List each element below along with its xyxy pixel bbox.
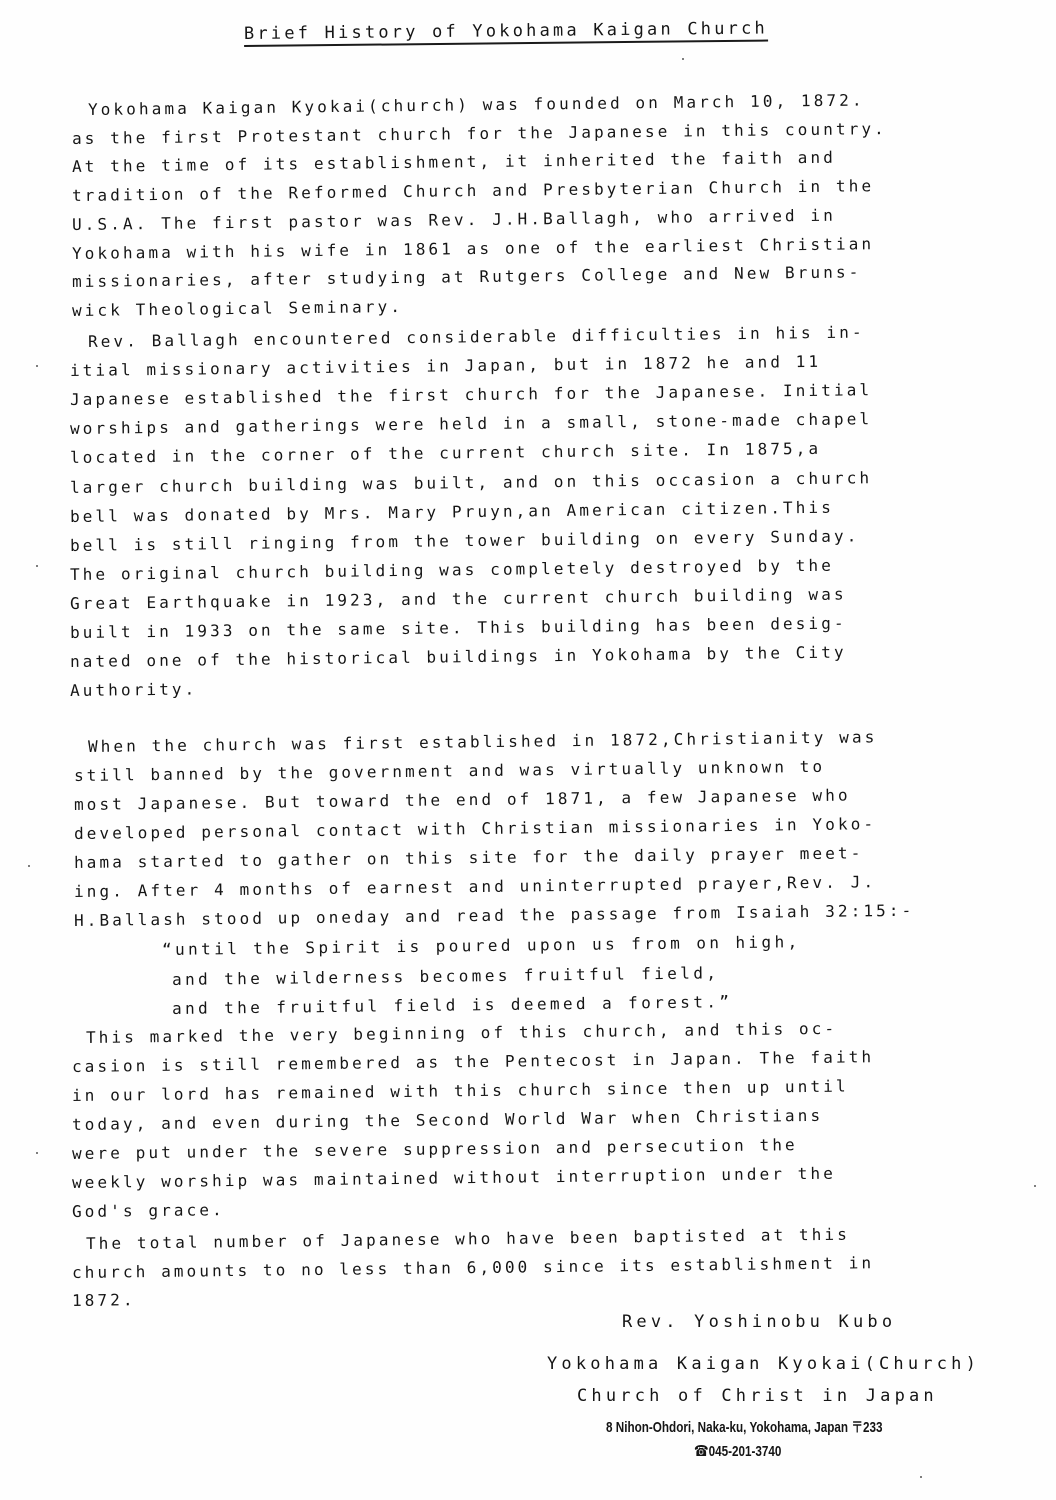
text-line: hama started to gather on this site for …: [74, 843, 864, 872]
signature-church: Yokohama Kaigan Kyokai(Church): [547, 1354, 980, 1374]
text-line: weekly worship was maintained without in…: [72, 1164, 836, 1192]
text-line: 1872.: [72, 1290, 136, 1310]
scan-speck: [920, 1476, 922, 1478]
text-line: tradition of the Reformed Church and Pre…: [72, 176, 874, 205]
text-line: Rev. Ballagh encountered considerable di…: [88, 323, 865, 351]
document-page: Brief History of Yokohama Kaigan Church …: [0, 0, 1056, 1500]
text-line: larger church building was built, and on…: [70, 468, 872, 497]
signature-address: 8 Nihon-Ohdori, Naka-ku, Yokohama, Japan…: [606, 1416, 883, 1437]
signature-author: Rev. Yoshinobu Kubo: [622, 1312, 896, 1332]
text-line: casion is still remembered as the Pentec…: [72, 1047, 874, 1076]
text-line: wick Theological Seminary.: [72, 297, 403, 320]
scan-speck: [28, 865, 30, 867]
signature-denomination: Church of Christ in Japan: [577, 1386, 938, 1406]
text-line: worships and gatherings were held in a s…: [70, 409, 872, 438]
text-line: ing. After 4 months of earnest and unint…: [74, 872, 876, 901]
text-line: Japanese established the first church fo…: [70, 380, 872, 409]
text-line: located in the corner of the current chu…: [70, 439, 821, 467]
scan-speck: [36, 365, 38, 367]
document-title: Brief History of Yokohama Kaigan Church: [244, 19, 768, 47]
text-line: missionaries, after studying at Rutgers …: [72, 263, 862, 292]
text-line: built in 1933 on the same site. This bui…: [70, 614, 847, 642]
text-line: The total number of Japanese who have be…: [86, 1225, 850, 1253]
text-line: bell is still ringing from the tower bui…: [70, 526, 860, 555]
text-line: today, and even during the Second World …: [72, 1106, 823, 1134]
text-line: Yokohama Kaigan Kyokai(church) was found…: [88, 91, 865, 119]
text-line: bell was donated by Mrs. Mary Pruyn,an A…: [70, 497, 834, 525]
text-line: developed personal contact with Christia…: [74, 814, 876, 843]
text-line: still banned by the government and was v…: [74, 757, 825, 785]
signature-phone: ☎045-201-3740: [694, 1442, 781, 1460]
text-line: U.S.A. The first pastor was Rev. J.H.Bal…: [72, 205, 836, 233]
text-line: itial missionary activities in Japan, bu…: [70, 352, 821, 380]
text-line: H.Ballash stood up oneday and read the p…: [74, 901, 915, 930]
scan-speck: [682, 58, 684, 60]
text-line: were put under the severe suppression an…: [72, 1135, 798, 1163]
text-line: as the first Protestant church for the J…: [72, 119, 887, 148]
text-line: and the wilderness becomes fruitful fiel…: [172, 963, 720, 989]
text-line: Authority.: [70, 680, 198, 701]
text-line: nated one of the historical buildings in…: [70, 643, 847, 671]
text-line: in our lord has remained with this churc…: [72, 1077, 849, 1105]
scan-speck: [36, 565, 38, 567]
text-line: The original church building was complet…: [70, 555, 834, 583]
text-line: Yokohama with his wife in 1861 as one of…: [72, 234, 874, 263]
text-line: At the time of its establishment, it inh…: [72, 148, 836, 176]
text-line: “until the Spirit is poured upon us from…: [162, 932, 801, 959]
text-line: God's grace.: [72, 1200, 225, 1221]
scan-speck: [36, 1152, 38, 1154]
text-line: most Japanese. But toward the end of 187…: [74, 786, 851, 814]
text-line: Great Earthquake in 1923, and the curren…: [70, 584, 847, 612]
text-line: This marked the very beginning of this c…: [86, 1019, 837, 1047]
text-line: and the fruitful field is deemed a fores…: [172, 992, 733, 1018]
text-line: church amounts to no less than 6,000 sin…: [72, 1253, 874, 1282]
scan-speck: [1034, 1185, 1036, 1187]
text-line: When the church was first established in…: [88, 727, 878, 756]
